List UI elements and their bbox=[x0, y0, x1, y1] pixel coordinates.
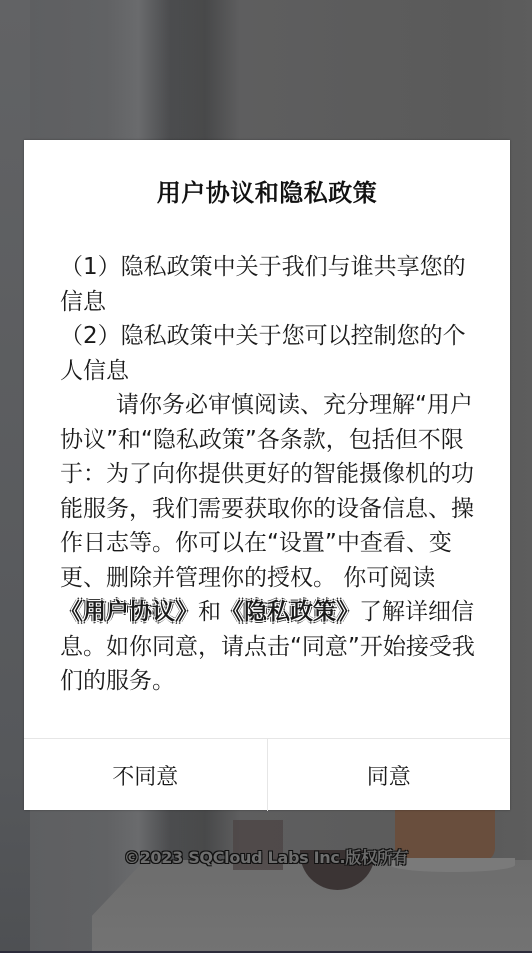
dialog-title: 用户协议和隐私政策 bbox=[24, 178, 510, 208]
policy-item-2: （2）隐私政策中关于您可以控制您的个人信息 bbox=[60, 319, 480, 388]
dialog-body: （1）隐私政策中关于我们与谁共享您的信息 （2）隐私政策中关于您可以控制您的个人… bbox=[60, 250, 480, 699]
paragraph-and: 和 bbox=[198, 599, 221, 625]
policy-paragraph: 请你务必审慎阅读、充分理解“用户协议”和“隐私政策”各条款，包括但不限于：为了向… bbox=[60, 388, 480, 699]
copyright-text: ©2023 SQCloud Labs Inc.版权所有 bbox=[0, 845, 532, 868]
agree-button[interactable]: 同意 bbox=[267, 739, 511, 811]
user-agreement-link[interactable]: 《用户协议》 bbox=[60, 599, 198, 625]
privacy-policy-link[interactable]: 《隐私政策》 bbox=[221, 599, 359, 625]
dialog-button-row: 不同意 同意 bbox=[24, 738, 510, 811]
policy-item-1: （1）隐私政策中关于我们与谁共享您的信息 bbox=[60, 250, 480, 319]
paragraph-text-1: 请你务必审慎阅读、充分理解“用户协议”和“隐私政策”各条款，包括但不限于：为了向… bbox=[60, 392, 474, 591]
privacy-dialog: 用户协议和隐私政策 （1）隐私政策中关于我们与谁共享您的信息 （2）隐私政策中关… bbox=[24, 140, 510, 810]
disagree-button[interactable]: 不同意 bbox=[24, 739, 267, 811]
